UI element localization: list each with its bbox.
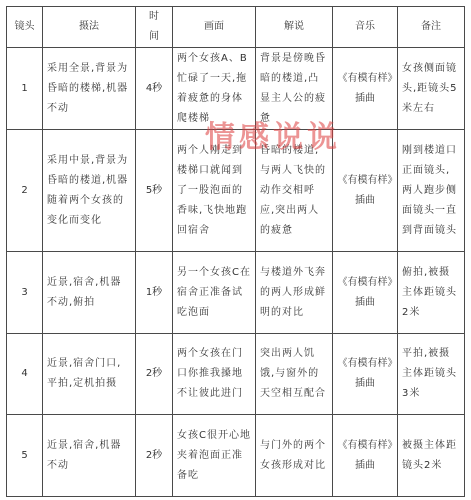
cell-notes: 女孩侧面镜头,距镜头5米左右 bbox=[398, 48, 465, 130]
cell-narration: 昏暗的楼道,与两人飞快的动作交相呼应,突出两人的疲惫 bbox=[256, 130, 333, 252]
cell-narration: 与楼道外飞奔的两人形成鲜明的对比 bbox=[256, 252, 333, 334]
cell-time: 2秒 bbox=[136, 334, 173, 415]
table-row: 2 采用中景,背景为昏暗的楼道,机器随着两个女孩的变化而变化 5秒 两个人刚走到… bbox=[7, 130, 465, 252]
cell-method: 采用中景,背景为昏暗的楼道,机器随着两个女孩的变化而变化 bbox=[43, 130, 136, 252]
header-narration: 解说 bbox=[256, 7, 333, 48]
cell-scene: 两个女孩A、B忙碌了一天,拖着疲惫的身体爬楼梯 bbox=[173, 48, 256, 130]
cell-scene: 两个人刚走到楼梯口就闻到了一股泡面的香味,飞快地跑回宿舍 bbox=[173, 130, 256, 252]
header-method: 摄法 bbox=[43, 7, 136, 48]
cell-scene: 女孩C很开心地夹着泡面正准备吃 bbox=[173, 415, 256, 497]
cell-shot: 5 bbox=[7, 415, 43, 497]
cell-time: 1秒 bbox=[136, 252, 173, 334]
table-row: 1 采用全景,背景为昏暗的楼梯,机器不动 4秒 两个女孩A、B忙碌了一天,拖着疲… bbox=[7, 48, 465, 130]
header-time: 时 间 bbox=[136, 7, 173, 48]
cell-method: 近景,宿舍,机器不动 bbox=[43, 415, 136, 497]
cell-narration: 突出两人饥饿,与窗外的天空相互配合 bbox=[256, 334, 333, 415]
cell-shot: 4 bbox=[7, 334, 43, 415]
cell-narration: 与门外的两个女孩形成对比 bbox=[256, 415, 333, 497]
header-time-line2: 间 bbox=[140, 27, 168, 47]
cell-method: 采用全景,背景为昏暗的楼梯,机器不动 bbox=[43, 48, 136, 130]
header-shot: 镜头 bbox=[7, 7, 43, 48]
cell-notes: 平拍,被摄主体距镜头3米 bbox=[398, 334, 465, 415]
cell-shot: 2 bbox=[7, 130, 43, 252]
header-music: 音乐 bbox=[333, 7, 398, 48]
cell-time: 4秒 bbox=[136, 48, 173, 130]
header-row: 镜头 摄法 时 间 画面 解说 音乐 备注 bbox=[7, 7, 465, 48]
table-row: 3 近景,宿舍,机器不动,俯拍 1秒 另一个女孩C在宿舍正准备试吃泡面 与楼道外… bbox=[7, 252, 465, 334]
cell-shot: 1 bbox=[7, 48, 43, 130]
storyboard-table: 镜头 摄法 时 间 画面 解说 音乐 备注 1 采用全景,背景为昏暗的楼梯,机器… bbox=[6, 6, 465, 497]
cell-scene: 两个女孩在门口你推我搡地不让彼此进门 bbox=[173, 334, 256, 415]
cell-music: 《有模有样》插曲 bbox=[333, 252, 398, 334]
cell-method: 近景,宿舍门口,平拍,定机拍摄 bbox=[43, 334, 136, 415]
cell-music: 《有模有样》插曲 bbox=[333, 130, 398, 252]
cell-time: 5秒 bbox=[136, 130, 173, 252]
header-time-line1: 时 bbox=[140, 7, 168, 27]
cell-scene: 另一个女孩C在宿舍正准备试吃泡面 bbox=[173, 252, 256, 334]
cell-music: 《有模有样》插曲 bbox=[333, 415, 398, 497]
cell-music: 《有模有样》插曲 bbox=[333, 48, 398, 130]
cell-method: 近景,宿舍,机器不动,俯拍 bbox=[43, 252, 136, 334]
cell-time: 2秒 bbox=[136, 415, 173, 497]
cell-notes: 被摄主体距镜头2米 bbox=[398, 415, 465, 497]
header-notes: 备注 bbox=[398, 7, 465, 48]
cell-music: 《有模有样》插曲 bbox=[333, 334, 398, 415]
cell-notes: 俯拍,被摄主体距镜头2米 bbox=[398, 252, 465, 334]
cell-shot: 3 bbox=[7, 252, 43, 334]
header-scene: 画面 bbox=[173, 7, 256, 48]
table-row: 4 近景,宿舍门口,平拍,定机拍摄 2秒 两个女孩在门口你推我搡地不让彼此进门 … bbox=[7, 334, 465, 415]
table-row: 5 近景,宿舍,机器不动 2秒 女孩C很开心地夹着泡面正准备吃 与门外的两个女孩… bbox=[7, 415, 465, 497]
cell-notes: 刚到楼道口正面镜头,两人跑步侧面镜头一直到背面镜头 bbox=[398, 130, 465, 252]
cell-narration: 背景是傍晚昏暗的楼道,凸显主人公的疲惫 bbox=[256, 48, 333, 130]
